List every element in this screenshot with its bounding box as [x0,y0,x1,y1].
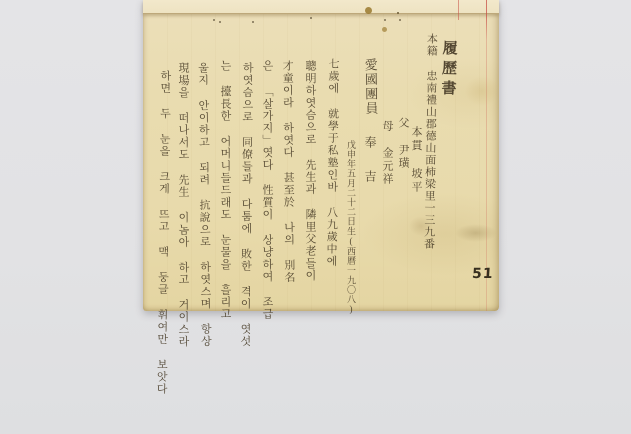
crease-speck [384,19,386,21]
crease-speck [213,19,215,21]
paper-stain [465,76,499,106]
page-number: 51 [471,266,494,282]
body-column: 七歲에 就學于私塾인바 八九歲中에 [325,58,338,268]
document-page: 履歷書 本籍 忠南禮山郡德山面柿梁里一三九番 本貫 坡平 父 尹璜 母 金元祥 … [143,0,499,311]
photo-background: 履歷書 本籍 忠南禮山郡德山面柿梁里一三九番 本貫 坡平 父 尹璜 母 金元祥 … [0,0,631,434]
birth-date: 戊申年五月二十二日生(西曆一九〇八) [346,140,355,315]
body-column: 울지 안이하고 되려 抗說으로 하엿스며 항상 [197,62,211,348]
body-column: 하엿슴으로 同僚들과 다툼에 敗한 격이 엿섯 [239,62,252,348]
body-column: 는 擡長한 어머니들드래도 눈물을 흘리고 [219,60,230,320]
ink-blot [382,27,387,32]
ink-speck [397,12,399,14]
fold-crease [143,0,499,14]
paper-stain [455,224,497,242]
ink-blot [365,7,372,14]
margin-line-tick [458,0,459,20]
margin-line [486,0,487,311]
crease-speck [219,21,221,23]
mother-name: 母 金元祥 [381,120,392,186]
body-column: 才童이라 하엿다 甚至於 나의 別名 [281,60,294,284]
father-name: 父 尹璜 [397,117,408,170]
clan-origin: 本貫 坡平 [410,126,421,195]
registered-address: 本籍 忠南禮山郡德山面柿梁里一三九番 [422,33,436,250]
body-column: 現場을 떠나서도 先生 이놈아 하고 거이스라 [177,62,188,348]
affiliation: 愛國團員 [363,58,377,116]
crease-speck [252,21,254,23]
body-column: 聰明하엿슴으로 先生과 隣里父老들이 [304,60,315,282]
person-name: 奉吉 [364,136,376,204]
body-column: 은 「살가지」엿다 性質이 상냥하여 조급 [261,60,272,320]
document-title: 履歷書 [439,40,456,100]
crease-speck [399,19,401,21]
body-column: 하면 두 눈을 크게 뜨고 맥 둥글 휘여만 보앗다 [155,70,170,395]
crease-speck [310,17,312,19]
